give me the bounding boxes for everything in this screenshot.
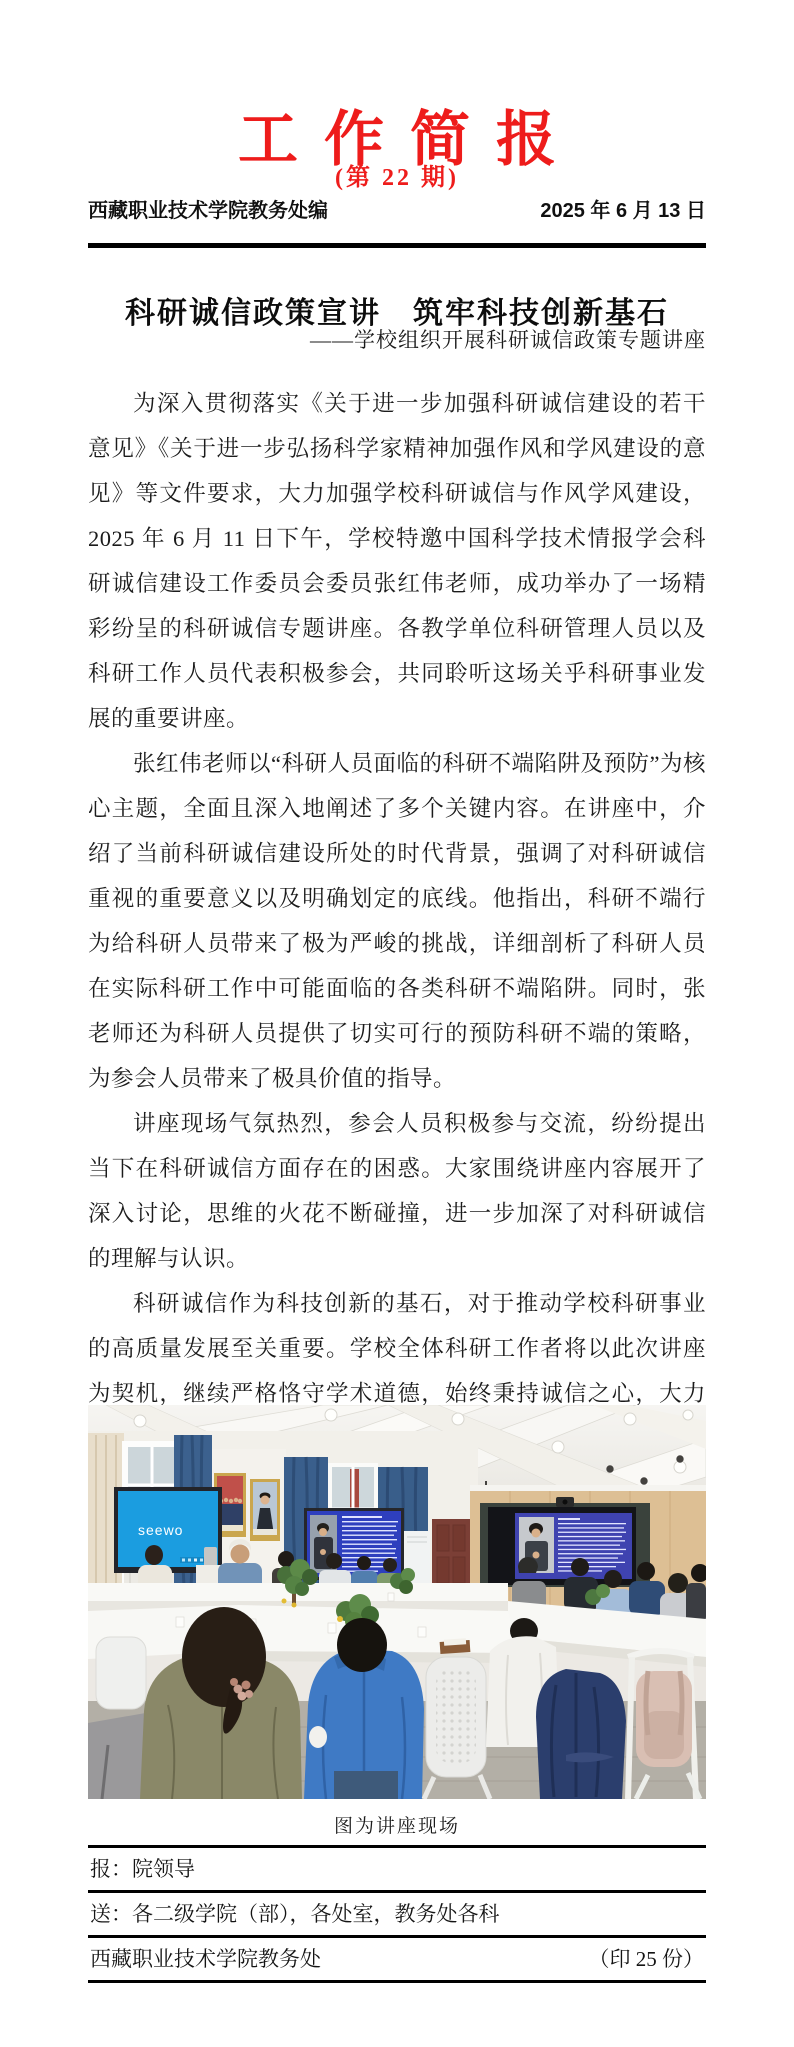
masthead-row: 西藏职业技术学院教务处编 2025 年 6 月 13 日 [88, 194, 706, 223]
send-to: 送：各二级学院（部），各处室，教务处各科 [90, 1898, 500, 1928]
article-subhead: ——学校组织开展科研诚信政策专题讲座 [88, 324, 706, 354]
print-copies: （印 25 份） [589, 1943, 705, 1973]
footer-issuer-row: 西藏职业技术学院教务处 （印 25 份） [88, 1938, 706, 1983]
issue-number: (第 22 期) [0, 157, 794, 192]
bulletin-page: 工作简报 (第 22 期) 西藏职业技术学院教务处编 2025 年 6 月 13… [0, 0, 794, 2047]
wall-portrait-leader [250, 1479, 280, 1541]
body-paragraph: 讲座现场气氛热烈，参会人员积极参与交流，纷纷提出当下在科研诚信方面存在的困惑。大… [88, 1101, 706, 1281]
masthead-rule [88, 243, 706, 248]
footer-report-row: 报：院领导 [88, 1848, 706, 1893]
lecture-photo-figure: seewo [88, 1405, 706, 1838]
issuer: 西藏职业技术学院教务处 [90, 1943, 321, 1973]
publisher: 西藏职业技术学院教务处编 [88, 194, 328, 223]
footer-send-row: 送：各二级学院（部），各处室，教务处各科 [88, 1893, 706, 1938]
distribution-footer: 报：院领导 送：各二级学院（部），各处室，教务处各科 西藏职业技术学院教务处 （… [88, 1845, 706, 1983]
body-paragraph: 张红伟老师以“科研人员面临的科研不端陷阱及预防”为核心主题，全面且深入地阐述了多… [88, 741, 706, 1101]
door [432, 1519, 470, 1589]
lecture-photo: seewo [88, 1405, 706, 1799]
seewo-logo: seewo [138, 1522, 183, 1538]
article-body: 为深入贯彻落实《关于进一步加强科研诚信建设的若干意见》《关于进一步弘扬科学家精神… [88, 381, 706, 1551]
photo-caption: 图为讲座现场 [88, 1811, 706, 1838]
right-presentation-screen [480, 1497, 650, 1587]
navy-jacket-on-chair [536, 1669, 626, 1799]
report-to: 报：院领导 [90, 1853, 195, 1883]
publish-date: 2025 年 6 月 13 日 [540, 194, 706, 223]
body-paragraph: 为深入贯彻落实《关于进一步加强科研诚信建设的若干意见》《关于进一步弘扬科学家精神… [88, 381, 706, 741]
